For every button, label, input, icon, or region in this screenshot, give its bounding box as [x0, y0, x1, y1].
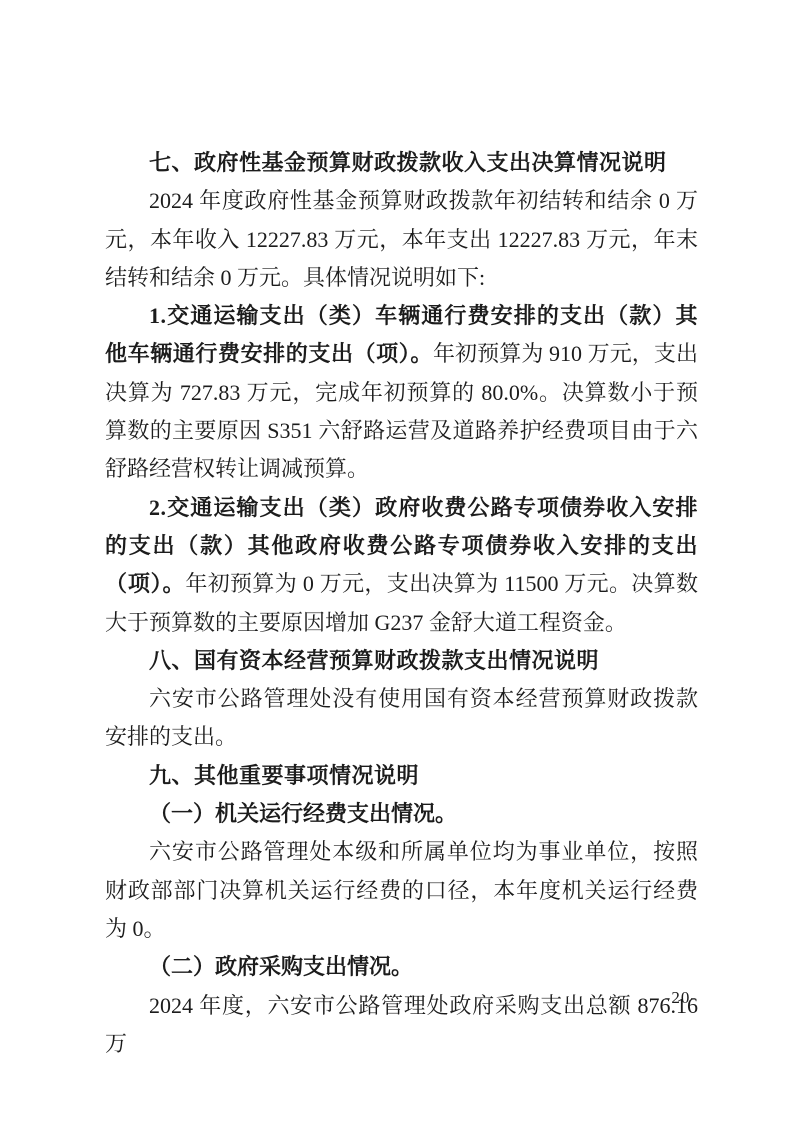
- paragraph-gov-procurement: 2024 年度，六安市公路管理处政府采购支出总额 876.16 万: [105, 987, 698, 1064]
- paragraph-fund-budget-overview: 2024 年度政府性基金预算财政拨款年初结转和结余 0 万元，本年收入 1222…: [105, 182, 698, 297]
- paragraph-item-2-body: 年初预算为 0 万元，支出决算为 11500 万元。决算数大于预算数的主要原因增…: [105, 571, 698, 634]
- section-heading-state-capital: 八、国有资本经营预算财政拨款支出情况说明: [105, 642, 698, 680]
- sub-heading-agency-operating-expense: （一）机关运行经费支出情况。: [105, 795, 698, 833]
- paragraph-state-capital: 六安市公路管理处没有使用国有资本经营预算财政拨款安排的支出。: [105, 680, 698, 757]
- section-heading-other-matters: 九、其他重要事项情况说明: [105, 757, 698, 795]
- paragraph-agency-operating-expense: 六安市公路管理处本级和所属单位均为事业单位，按照财政部部门决算机关运行经费的口径…: [105, 833, 698, 948]
- paragraph-item-2: 2.交通运输支出（类）政府收费公路专项债券收入安排的支出（款）其他政府收费公路专…: [105, 489, 698, 642]
- paragraph-item-1: 1.交通运输支出（类）车辆通行费安排的支出（款）其他车辆通行费安排的支出（项）。…: [105, 297, 698, 488]
- document-content: 七、政府性基金预算财政拨款收入支出决算情况说明 2024 年度政府性基金预算财政…: [105, 144, 698, 1063]
- section-heading-gov-fund-budget: 七、政府性基金预算财政拨款收入支出决算情况说明: [105, 144, 698, 182]
- sub-heading-gov-procurement: （二）政府采购支出情况。: [105, 948, 698, 986]
- page-number: -20-: [665, 988, 697, 1008]
- document-page: 七、政府性基金预算财政拨款收入支出决算情况说明 2024 年度政府性基金预算财政…: [0, 0, 793, 1122]
